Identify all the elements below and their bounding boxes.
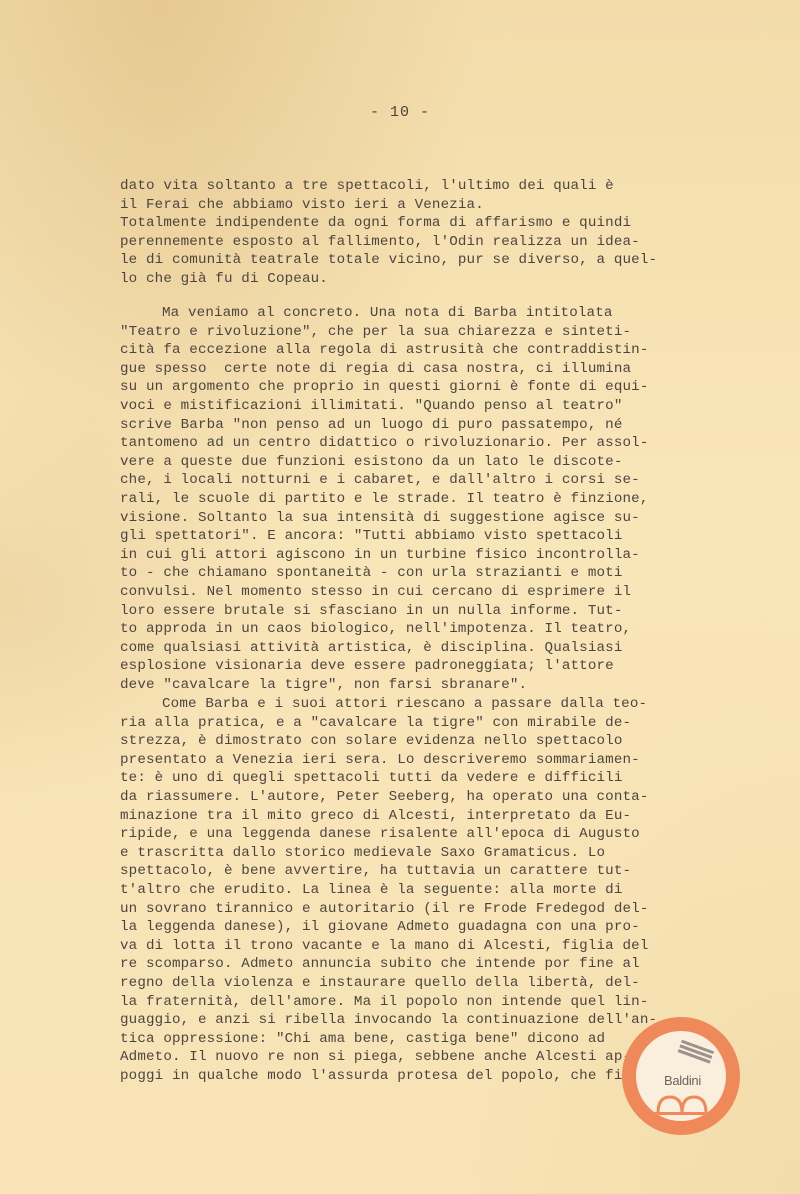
document-page: - 10 - dato vita soltanto a tre spettaco…	[0, 0, 800, 1194]
text-line: gli spettatori". E ancora: "Tutti abbiam…	[120, 527, 710, 546]
paragraph-2: Ma veniamo al concreto. Una nota di Barb…	[120, 304, 710, 694]
text-line: tica oppressione: "Chi ama bene, castiga…	[120, 1030, 710, 1049]
text-line: to - che chiamano spontaneità - con urla…	[120, 564, 710, 583]
stamp-logo-icon	[654, 1093, 710, 1115]
text-line: "Teatro e rivoluzione", che per la sua c…	[120, 323, 710, 342]
text-line: convulsi. Nel momento stesso in cui cerc…	[120, 583, 710, 602]
text-line: su un argomento che proprio in questi gi…	[120, 378, 710, 397]
text-line: loro essere brutale si sfasciano in un n…	[120, 602, 710, 621]
text-line: esplosione visionaria deve essere padron…	[120, 657, 710, 676]
text-line: gue spesso certe note di regia di casa n…	[120, 360, 710, 379]
text-line: guaggio, e anzi si ribella invocando la …	[120, 1011, 710, 1030]
text-line: da riassumere. L'autore, Peter Seeberg, …	[120, 788, 710, 807]
library-stamp: Baldini	[622, 1017, 740, 1135]
paragraph-3: Come Barba e i suoi attori riescano a pa…	[120, 695, 710, 1085]
text-line: strezza, è dimostrato con solare evidenz…	[120, 732, 710, 751]
text-line: ria alla pratica, e a "cavalcare la tigr…	[120, 714, 710, 733]
text-line: la leggenda danese), il giovane Admeto g…	[120, 918, 710, 937]
text-line: Admeto. Il nuovo re non si piega, sebben…	[120, 1048, 710, 1067]
text-line: to approda in un caos biologico, nell'im…	[120, 620, 710, 639]
text-line: come qualsiasi attività artistica, è dis…	[120, 639, 710, 658]
text-line: la fraternità, dell'amore. Ma il popolo …	[120, 993, 710, 1012]
text-line: e trascritta dallo storico medievale Sax…	[120, 844, 710, 863]
text-line: spettacolo, è bene avvertire, ha tuttavi…	[120, 862, 710, 881]
text-line: re scomparso. Admeto annuncia subito che…	[120, 955, 710, 974]
text-line: visione. Soltanto la sua intensità di su…	[120, 509, 710, 528]
text-line: lo che già fu di Copeau.	[120, 270, 710, 289]
text-line: va di lotta il trono vacante e la mano d…	[120, 937, 710, 956]
text-line: voci e mistificazioni illimitati. "Quand…	[120, 397, 710, 416]
text-line: un sovrano tirannico e autoritario (il r…	[120, 900, 710, 919]
text-line: tantomeno ad un centro didattico o rivol…	[120, 434, 710, 453]
text-line: presentato a Venezia ieri sera. Lo descr…	[120, 751, 710, 770]
text-line: te: è uno di quegli spettacoli tutti da …	[120, 769, 710, 788]
text-line: ripide, e una leggenda danese risalente …	[120, 825, 710, 844]
text-line: t'altro che erudito. La linea è la segue…	[120, 881, 710, 900]
text-line: minazione tra il mito greco di Alcesti, …	[120, 807, 710, 826]
text-line: scrive Barba "non penso ad un luogo di p…	[120, 416, 710, 435]
stamp-small-text-icon	[676, 1040, 714, 1069]
text-line: Come Barba e i suoi attori riescano a pa…	[120, 695, 710, 714]
stamp-label: Baldini	[664, 1073, 701, 1088]
paragraph-1: dato vita soltanto a tre spettacoli, l'u…	[120, 177, 710, 289]
text-line: che, i locali notturni e i cabaret, e da…	[120, 471, 710, 490]
text-line: in cui gli attori agiscono in un turbine…	[120, 546, 710, 565]
text-line: le di comunità teatrale totale vicino, p…	[120, 251, 710, 270]
text-line: Ma veniamo al concreto. Una nota di Barb…	[120, 304, 710, 323]
text-line: perennemente esposto al fallimento, l'Od…	[120, 233, 710, 252]
text-line: il Ferai che abbiamo visto ieri a Venezi…	[120, 196, 710, 215]
text-line: Totalmente indipendente da ogni forma di…	[120, 214, 710, 233]
text-line: deve "cavalcare la tigre", non farsi sbr…	[120, 676, 710, 695]
text-line: dato vita soltanto a tre spettacoli, l'u…	[120, 177, 710, 196]
text-line: rali, le scuole di partito e le strade. …	[120, 490, 710, 509]
text-line: regno della violenza e instaurare quello…	[120, 974, 710, 993]
page-number: - 10 -	[0, 104, 800, 121]
text-line: vere a queste due funzioni esistono da u…	[120, 453, 710, 472]
text-line: cità fa eccezione alla regola di astrusi…	[120, 341, 710, 360]
